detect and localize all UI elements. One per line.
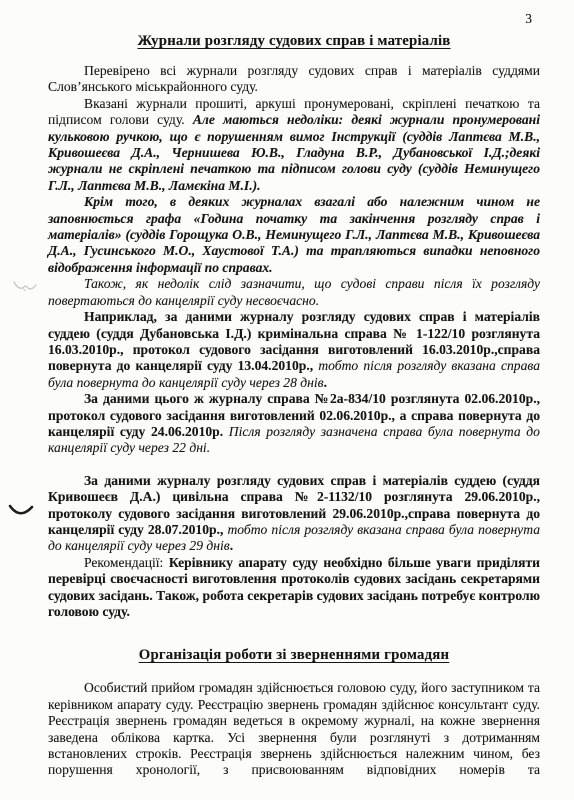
text-segment-bold: . (324, 375, 327, 390)
document-body: Журнали розгляду судових справ і матеріа… (48, 33, 540, 779)
paragraph-case-2-1132: За даними журналу розгляду судових справ… (48, 473, 540, 555)
heading-text: Організація роботи зі зверненнями громад… (139, 647, 450, 663)
text-segment-bold-italic: Крім того, в деяких журналах взагалі або… (48, 194, 540, 275)
paragraph-example-dubanovska: Наприклад, за даними журналу розгляду су… (48, 309, 540, 391)
text-segment: Перевірено всі журнали розгляду судових … (48, 63, 540, 94)
pen-squiggle-mark-icon (12, 278, 38, 299)
heading-text: Журнали розгляду судових справ і матеріа… (137, 33, 450, 49)
section-heading-citizens: Організація роботи зі зверненнями громад… (48, 647, 540, 664)
paragraph-journals-checked: Перевірено всі журнали розгляду судових … (48, 63, 540, 96)
paragraph-case-2a-834: За даними цього ж журналу справа №2а-834… (48, 391, 540, 457)
paragraph-missing-column: Крім того, в деяких журналах взагалі або… (48, 194, 540, 276)
text-segment-italic: Також, як недолік слід зазначити, що суд… (48, 276, 540, 307)
section-heading-journals: Журнали розгляду судових справ і матеріа… (48, 33, 540, 50)
pen-check-curve-icon (8, 502, 34, 525)
paragraph-late-return-note: Також, як недолік слід зазначити, що суд… (48, 276, 540, 309)
text-segment-bold: . (230, 538, 233, 553)
paragraph-citizens-reception: Особистий прийом громадян здійснюється г… (48, 680, 540, 778)
paragraph-recommendations: Рекомендації: Керівнику апарату суду нео… (48, 555, 540, 621)
text-segment: Особистий прийом громадян здійснюється г… (48, 680, 540, 777)
blank-line (48, 457, 540, 473)
paragraph-defects: Вказані журнали прошиті, аркуші пронумер… (48, 96, 540, 194)
page-number: 3 (525, 11, 532, 27)
scanned-document-page: 3 Журнали розгляду судових справ і матер… (0, 0, 574, 800)
text-segment: Рекомендації: (84, 555, 169, 570)
